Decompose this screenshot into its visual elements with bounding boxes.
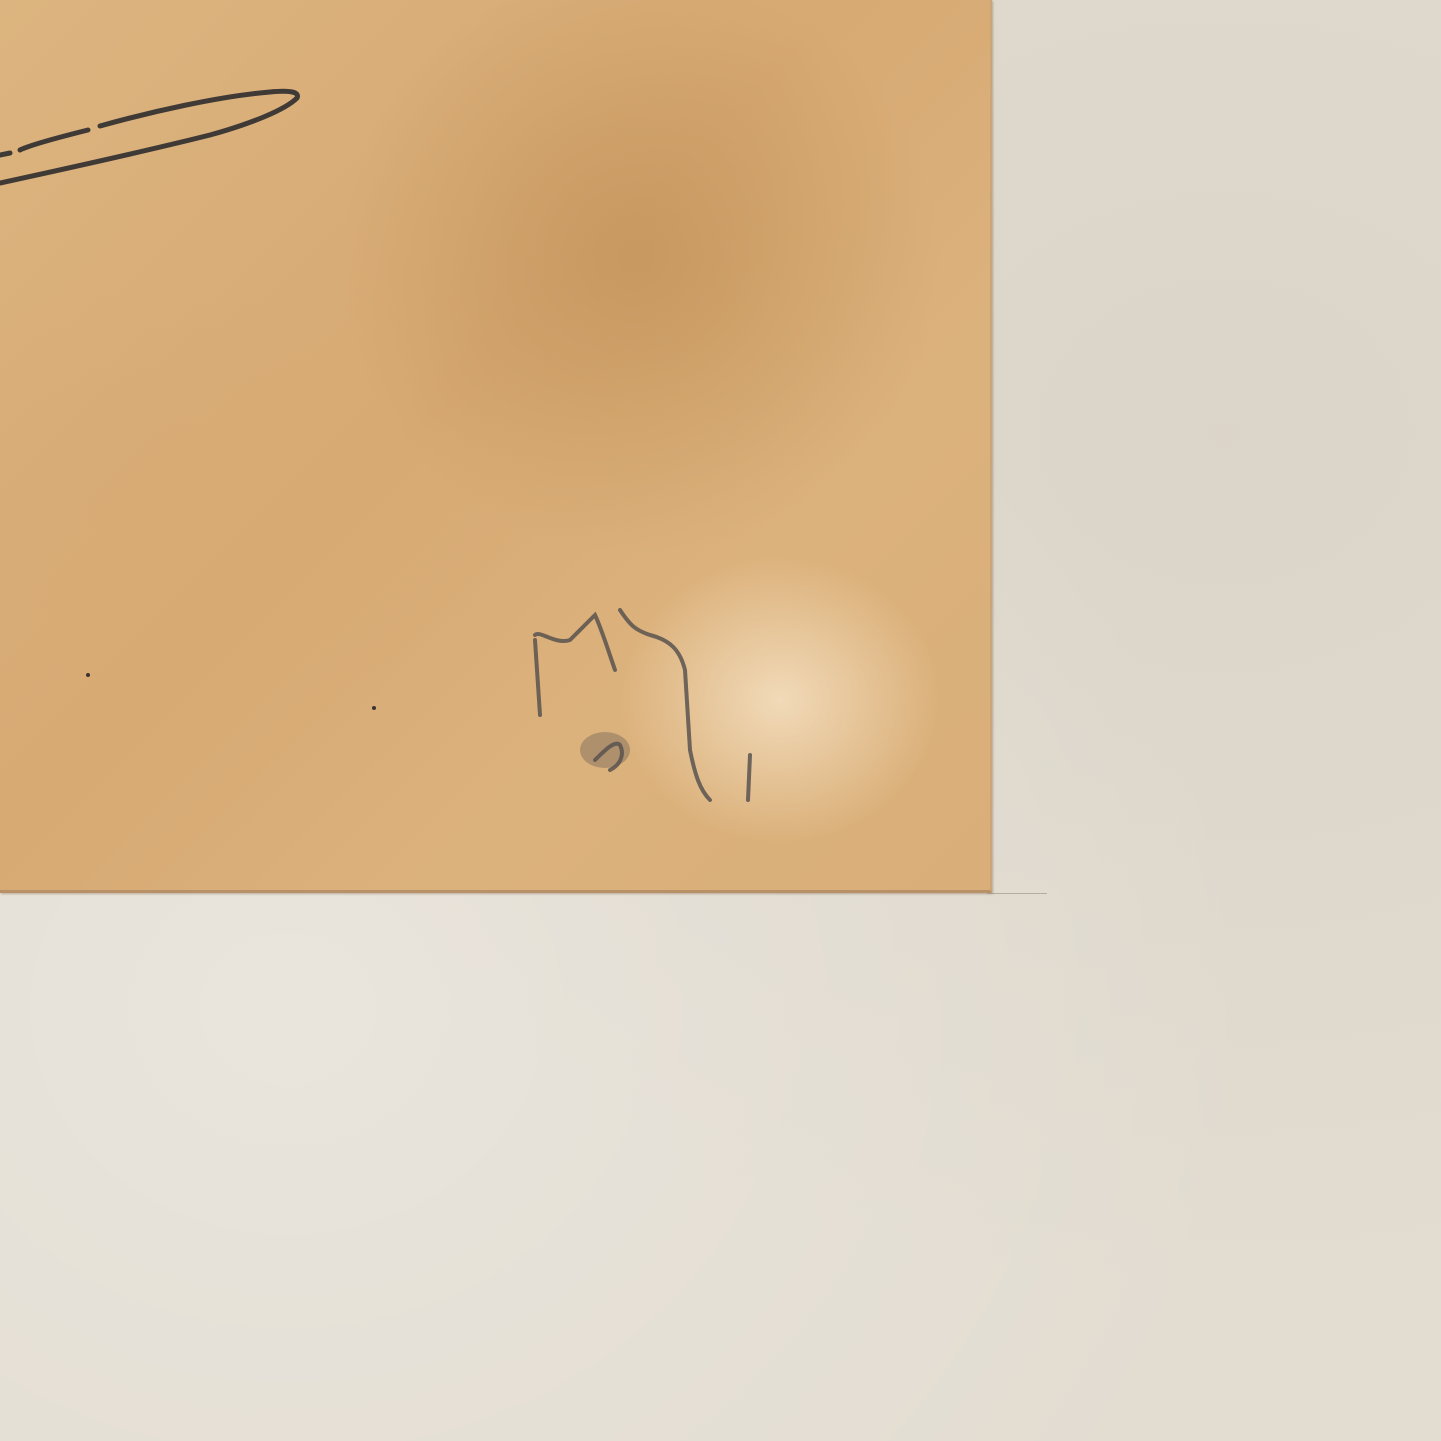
ink-loop-stroke — [0, 0, 990, 890]
mount-crease — [987, 893, 1047, 924]
ink-speck — [86, 673, 90, 677]
artwork-paper — [0, 0, 992, 893]
ink-speck — [372, 706, 376, 710]
pencil-monogram — [520, 590, 770, 820]
